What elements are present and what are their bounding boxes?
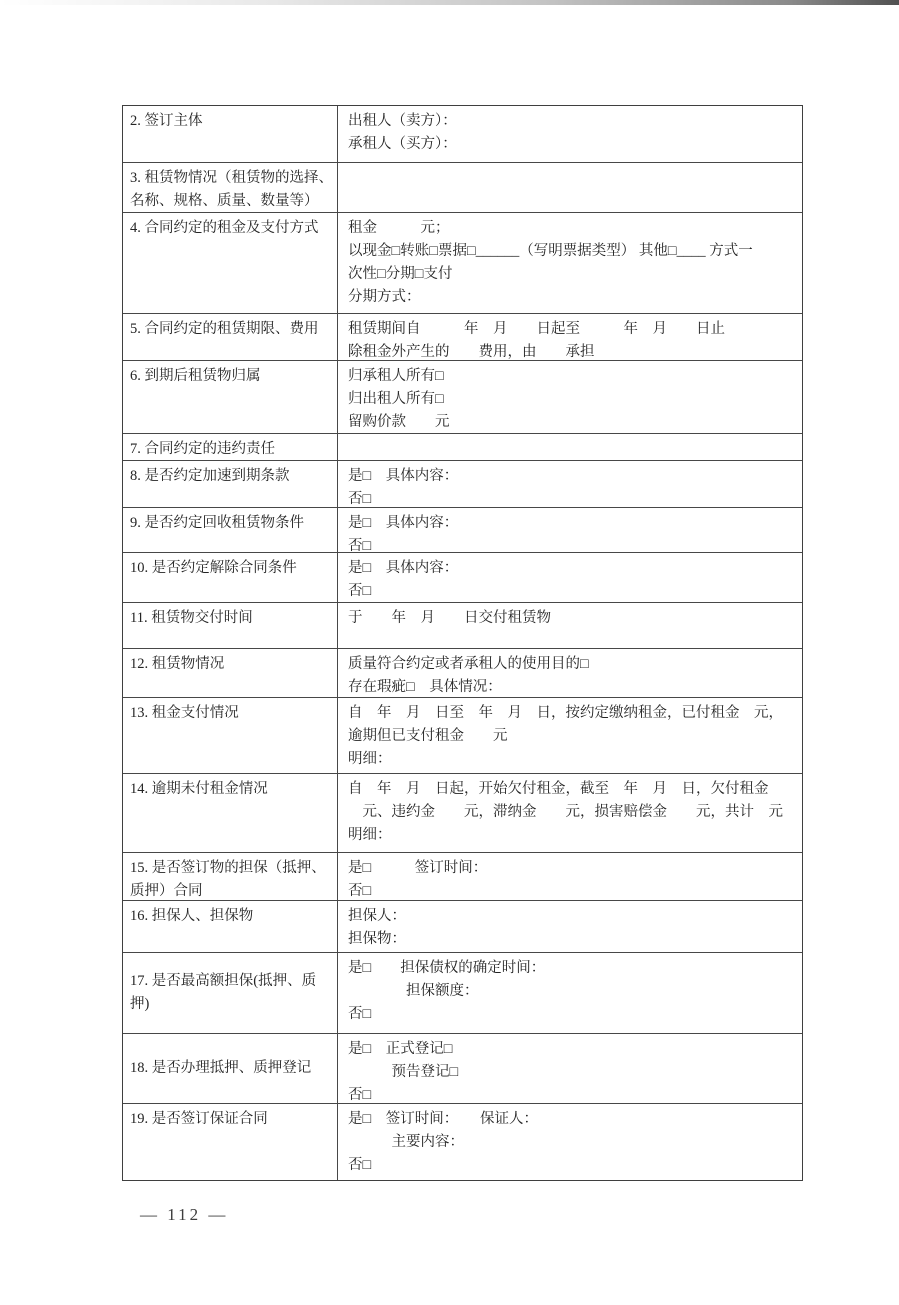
- table-row: 19. 是否签订保证合同是□ 签订时间： 保证人： 主要内容：否□: [123, 1104, 802, 1180]
- row-label: 10. 是否约定解除合同条件: [123, 553, 338, 602]
- page-number: — 112 —: [140, 1205, 228, 1225]
- content-line: 租金 元；: [348, 217, 794, 240]
- content-line: 预告登记□: [348, 1061, 794, 1084]
- table-row: 2. 签订主体出租人（卖方）：承租人（买方）：: [123, 106, 802, 163]
- content-line: 出租人（卖方）：: [348, 110, 794, 133]
- table-row: 12. 租赁物情况质量符合约定或者承租人的使用目的□存在瑕疵□ 具体情况：: [123, 649, 802, 698]
- row-label: 3. 租赁物情况（租赁物的选择、名称、规格、质量、数量等）: [123, 163, 338, 212]
- row-content: 租金 元；以现金□转账□票据□______（写明票据类型） 其他□____ 方式…: [338, 213, 802, 313]
- row-label: 11. 租赁物交付时间: [123, 603, 338, 648]
- row-label: 19. 是否签订保证合同: [123, 1104, 338, 1180]
- table-row: 15. 是否签订物的担保（抵押、质押）合同是□ 签订时间：否□: [123, 853, 802, 901]
- table-row: 10. 是否约定解除合同条件是□ 具体内容：否□: [123, 553, 802, 603]
- content-line: 是□ 担保债权的确定时间：: [348, 957, 794, 980]
- content-line: 归承租人所有□: [348, 365, 794, 388]
- content-line: 是□ 具体内容：: [348, 465, 794, 488]
- content-line: 自 年 月 日至 年 月 日，按约定缴纳租金，已付租金 元，: [348, 702, 794, 725]
- content-line: 明细：: [348, 748, 794, 771]
- row-label: 2. 签订主体: [123, 106, 338, 162]
- row-label: 9. 是否约定回收租赁物条件: [123, 508, 338, 552]
- content-line: 明细：: [348, 824, 794, 847]
- row-content: 是□ 签订时间： 保证人： 主要内容：否□: [338, 1104, 802, 1180]
- row-label: 13. 租金支付情况: [123, 698, 338, 773]
- scan-edge-shadow: [0, 0, 899, 5]
- content-line: 担保人：: [348, 905, 794, 928]
- row-label: 8. 是否约定加速到期条款: [123, 461, 338, 507]
- content-line: 主要内容：: [348, 1131, 794, 1154]
- content-line: 是□ 具体内容：: [348, 557, 794, 580]
- row-content: 是□ 具体内容：否□: [338, 461, 802, 507]
- row-content: 是□ 具体内容：否□: [338, 553, 802, 602]
- row-content: 归承租人所有□归出租人所有□留购价款 元: [338, 361, 802, 433]
- table-row: 17. 是否最高额担保(抵押、质押)是□ 担保债权的确定时间： 担保额度：否□: [123, 953, 802, 1034]
- content-line: 否□: [348, 1003, 794, 1026]
- row-content: 质量符合约定或者承租人的使用目的□存在瑕疵□ 具体情况：: [338, 649, 802, 697]
- row-label: 12. 租赁物情况: [123, 649, 338, 697]
- row-label: 4. 合同约定的租金及支付方式: [123, 213, 338, 313]
- content-line: 否□: [348, 580, 794, 603]
- content-line: 担保额度：: [348, 980, 794, 1003]
- content-line: 是□ 签订时间： 保证人：: [348, 1108, 794, 1131]
- table-row: 13. 租金支付情况自 年 月 日至 年 月 日，按约定缴纳租金，已付租金 元，…: [123, 698, 802, 774]
- content-line: 否□: [348, 880, 794, 901]
- content-line: 逾期但已支付租金 元: [348, 725, 794, 748]
- table-row: 5. 合同约定的租赁期限、费用租赁期间自 年 月 日起至 年 月 日止除租金外产…: [123, 314, 802, 361]
- content-line: 是□ 正式登记□: [348, 1038, 794, 1061]
- table-row: 6. 到期后租赁物归属归承租人所有□归出租人所有□留购价款 元: [123, 361, 802, 434]
- row-content: [338, 163, 802, 212]
- content-line: 于 年 月 日交付租赁物: [348, 607, 794, 630]
- row-content: 于 年 月 日交付租赁物: [338, 603, 802, 648]
- content-line: 否□: [348, 488, 794, 508]
- table-row: 4. 合同约定的租金及支付方式租金 元；以现金□转账□票据□______（写明票…: [123, 213, 802, 314]
- table-row: 18. 是否办理抵押、质押登记是□ 正式登记□ 预告登记□否□: [123, 1034, 802, 1104]
- row-content: 租赁期间自 年 月 日起至 年 月 日止除租金外产生的 费用，由 承担: [338, 314, 802, 360]
- content-line: 存在瑕疵□ 具体情况：: [348, 676, 794, 698]
- content-line: 以现金□转账□票据□______（写明票据类型） 其他□____ 方式一: [348, 240, 794, 263]
- row-content: 出租人（卖方）：承租人（买方）：: [338, 106, 802, 162]
- row-content: 担保人：担保物：: [338, 901, 802, 952]
- content-line: 自 年 月 日起，开始欠付租金，截至 年 月 日，欠付租金: [348, 778, 794, 801]
- content-line: 否□: [348, 1154, 794, 1177]
- table-row: 8. 是否约定加速到期条款是□ 具体内容：否□: [123, 461, 802, 508]
- content-line: 否□: [348, 535, 794, 553]
- content-line: 担保物：: [348, 928, 794, 951]
- row-label: 16. 担保人、担保物: [123, 901, 338, 952]
- row-content: 自 年 月 日起，开始欠付租金，截至 年 月 日，欠付租金 元、违约金 元，滞纳…: [338, 774, 802, 852]
- table-row: 11. 租赁物交付时间于 年 月 日交付租赁物: [123, 603, 802, 649]
- content-line: 承租人（买方）：: [348, 133, 794, 156]
- content-line: 次性□分期□支付: [348, 263, 794, 286]
- table-row: 9. 是否约定回收租赁物条件是□ 具体内容：否□: [123, 508, 802, 553]
- row-label: 14. 逾期未付租金情况: [123, 774, 338, 852]
- row-label: 5. 合同约定的租赁期限、费用: [123, 314, 338, 360]
- content-line: 否□: [348, 1084, 794, 1104]
- table-row: 7. 合同约定的违约责任: [123, 434, 802, 461]
- table-row: 14. 逾期未付租金情况自 年 月 日起，开始欠付租金，截至 年 月 日，欠付租…: [123, 774, 802, 853]
- row-label: 7. 合同约定的违约责任: [123, 434, 338, 460]
- row-label: 15. 是否签订物的担保（抵押、质押）合同: [123, 853, 338, 900]
- row-content: 是□ 签订时间：否□: [338, 853, 802, 900]
- content-line: 除租金外产生的 费用，由 承担: [348, 341, 794, 361]
- row-label: 17. 是否最高额担保(抵押、质押): [123, 953, 338, 1033]
- content-line: 质量符合约定或者承租人的使用目的□: [348, 653, 794, 676]
- row-label: 6. 到期后租赁物归属: [123, 361, 338, 433]
- table-row: 3. 租赁物情况（租赁物的选择、名称、规格、质量、数量等）: [123, 163, 802, 213]
- table-row: 16. 担保人、担保物担保人：担保物：: [123, 901, 802, 953]
- content-line: 归出租人所有□: [348, 388, 794, 411]
- row-label: 18. 是否办理抵押、质押登记: [123, 1034, 338, 1103]
- row-content: 是□ 正式登记□ 预告登记□否□: [338, 1034, 802, 1103]
- content-line: 是□ 签订时间：: [348, 857, 794, 880]
- row-content: 是□ 具体内容：否□: [338, 508, 802, 552]
- content-line: 分期方式：: [348, 286, 794, 309]
- row-content: 自 年 月 日至 年 月 日，按约定缴纳租金，已付租金 元，逾期但已支付租金 元…: [338, 698, 802, 773]
- row-content: [338, 434, 802, 460]
- contract-summary-table: 2. 签订主体出租人（卖方）：承租人（买方）：3. 租赁物情况（租赁物的选择、名…: [122, 105, 803, 1181]
- content-line: 元、违约金 元，滞纳金 元，损害赔偿金 元，共计 元: [348, 801, 794, 824]
- content-line: 租赁期间自 年 月 日起至 年 月 日止: [348, 318, 794, 341]
- row-content: 是□ 担保债权的确定时间： 担保额度：否□: [338, 953, 802, 1033]
- content-line: 是□ 具体内容：: [348, 512, 794, 535]
- content-line: 留购价款 元: [348, 411, 794, 434]
